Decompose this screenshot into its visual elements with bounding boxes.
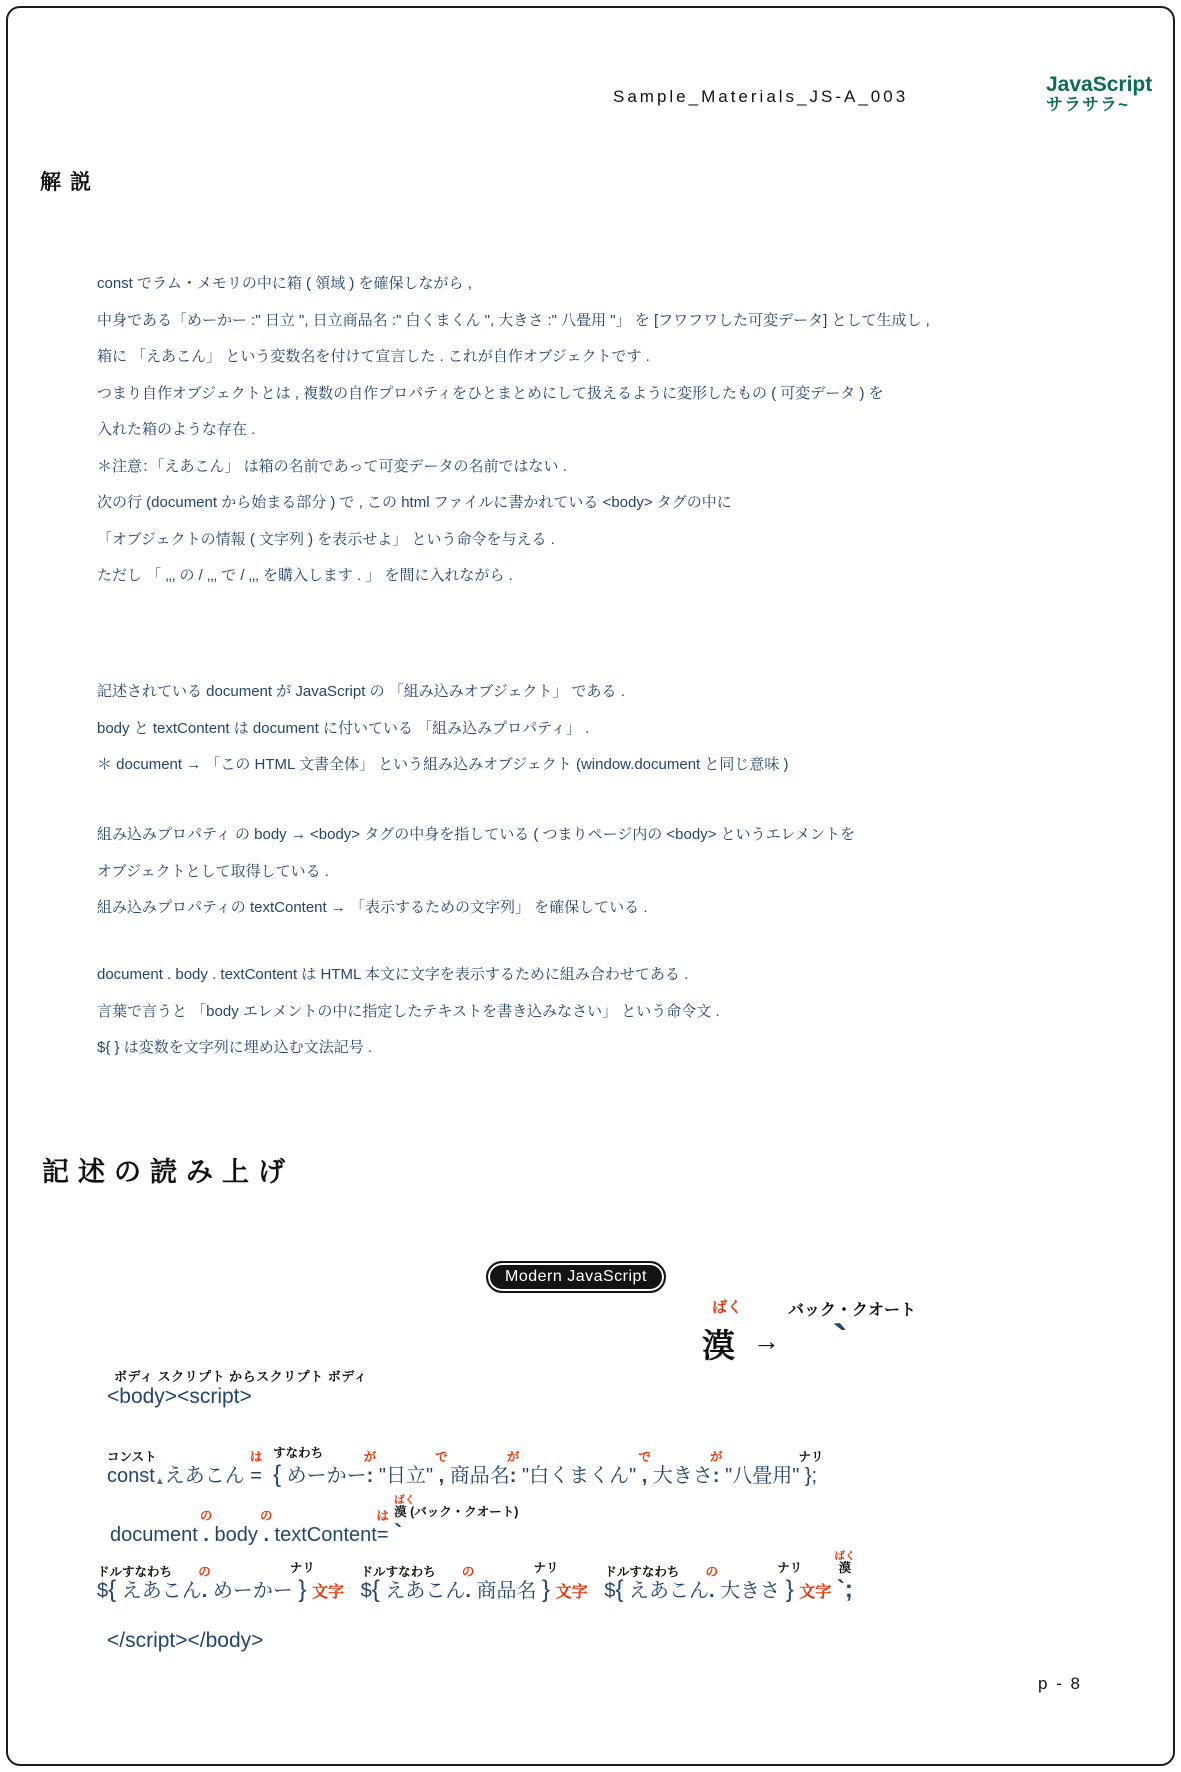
token-annotation: ナリ: [777, 1562, 802, 1575]
paragraph-line: 組み込みプロパティの textContent → 「表示するための文字列」 を確…: [97, 890, 855, 927]
code-token: body: [209, 1524, 263, 1547]
code-token: "日立": [373, 1459, 438, 1488]
code-token: [344, 1580, 361, 1603]
code-token: [262, 1465, 273, 1488]
code-token: めーかー: [281, 1459, 367, 1488]
code-token: ドルすなわち$: [97, 1580, 108, 1603]
code-line-template: ドルすなわち${ えあこんの. めーかー ナリ} 文字 ドルすなわち${ えあこ…: [97, 1549, 853, 1604]
code-token: [588, 1580, 605, 1603]
explanation-paragraph-4: document . body . textContent は HTML 本文に…: [97, 957, 720, 1067]
baku-kanji: 漠: [702, 1320, 735, 1367]
code-token: えあこん: [380, 1574, 466, 1603]
section-title-reading: 記述の読み上げ: [42, 1150, 294, 1189]
explanation-paragraph-1: const でラム・メモリの中に箱 ( 領域 ) を確保しながら , 中身である…: [97, 266, 930, 595]
code-token: ドルすなわち$: [361, 1580, 372, 1603]
code-token: は=: [377, 1524, 389, 1547]
paragraph-line: body と textContent は document に付いている 「組み…: [97, 711, 789, 748]
section-title-explanation: 解説: [40, 166, 100, 196]
code-token: えあこん: [116, 1574, 202, 1603]
code-token: が:: [367, 1465, 374, 1488]
code-token: 文字: [556, 1579, 588, 1603]
page-number: p - 8: [1038, 1674, 1082, 1694]
token-annotation: の: [260, 1510, 273, 1523]
code-token: {: [615, 1576, 623, 1604]
token-annotation: は: [376, 1510, 389, 1523]
code-token: ばく漠 (バック・クオート)`: [394, 1520, 402, 1548]
code-token: が:: [510, 1465, 517, 1488]
code-token: えあこん: [623, 1574, 709, 1603]
token-annotation: ナリ: [290, 1562, 315, 1575]
paragraph-line: 箱に 「えあこん」 という変数名を付けて宣言した . これが自作オブジェクトです…: [97, 339, 930, 376]
code-token: "白くまくん": [516, 1459, 641, 1488]
paragraph-line: オブジェクトとして取得している .: [97, 854, 855, 891]
token-annotation: の: [200, 1510, 213, 1523]
code-reading-note: ボディ スクリプト からスクリプト ボディ: [114, 1366, 367, 1385]
javascript-sarasara-logo: JavaScript サラサラ~: [1046, 74, 1152, 114]
code-token: すなわち{: [273, 1461, 281, 1489]
code-line-document: document の. body の. textContentは= ばく漠 (バ…: [110, 1489, 402, 1548]
token-annotation: ばく漠: [834, 1551, 855, 1575]
paragraph-line: const でラム・メモリの中に箱 ( 領域 ) を確保しながら ,: [97, 266, 930, 303]
paragraph-line: 記述されている document が JavaScript の 「組み込みオブジ…: [97, 674, 789, 711]
code-token: ばく漠`;: [837, 1576, 853, 1604]
code-token: "八畳用": [720, 1459, 805, 1488]
paragraph-line: 入れた箱のような存在 .: [97, 412, 930, 449]
logo-line1: JavaScript: [1046, 74, 1152, 96]
document-page: Sample_Materials_JS-A_003 JavaScript サラサ…: [0, 0, 1181, 1772]
right-arrow-icon: →: [753, 1326, 780, 1357]
paragraph-line: document . body . textContent は HTML 本文に…: [97, 957, 720, 994]
code-token: は=: [250, 1465, 262, 1488]
paragraph-line: ${ } は変数を文字列に埋め込む文法記号 .: [97, 1030, 720, 1067]
baku-furigana: ばく: [712, 1296, 742, 1317]
code-token: 大きさ: [647, 1459, 713, 1488]
document-id: Sample_Materials_JS-A_003: [613, 87, 908, 107]
code-token: document: [110, 1524, 203, 1547]
paragraph-line: 「オブジェクトの情報 ( 文字列 ) を表示せよ」 という命令を与える .: [97, 522, 930, 559]
code-token: ▲: [155, 1465, 165, 1488]
modern-javascript-badge: Modern JavaScript: [486, 1261, 666, 1293]
code-line-const: コンストconst▲えあこん は= すなわち{ めーかーが: "日立" で, 商…: [107, 1434, 817, 1489]
code-token: コンストconst: [107, 1465, 155, 1488]
code-token: えあこん: [165, 1459, 251, 1488]
token-annotation: ばく漠 (バック・クオート): [394, 1495, 518, 1519]
code-token: 文字: [312, 1579, 344, 1603]
paragraph-line: ＊注意：「えあこん」 は箱の名前であって可変データの名前ではない .: [97, 449, 930, 486]
code-close-tags: </script></body>: [107, 1629, 263, 1653]
token-annotation: コンスト: [107, 1451, 157, 1464]
paragraph-line: 組み込みプロパティ の body → <body> タグの中身を指している ( …: [97, 817, 855, 854]
paragraph-line: つまり自作オブジェクトとは , 複数の自作プロパティをひとまとめにして扱えるよう…: [97, 376, 930, 413]
paragraph-line: 中身である「めーかー :" 日立 ", 日立商品名 :" 白くまくん ", 大き…: [97, 303, 930, 340]
paragraph-line: ＊ document → 「この HTML 文書全体」 という組み込みオブジェク…: [97, 747, 789, 784]
code-token: ナリ};: [805, 1465, 817, 1488]
backtick-glyph: `: [833, 1316, 848, 1366]
paragraph-line: 言葉で言うと 「body エレメントの中に指定したテキストを書き込みなさい」 と…: [97, 994, 720, 1031]
code-token: {: [372, 1576, 380, 1604]
token-annotation: ナリ: [534, 1562, 559, 1575]
code-token: が:: [713, 1465, 720, 1488]
code-token: ドルすなわち$: [604, 1580, 615, 1603]
code-token: ナリ}: [298, 1576, 306, 1604]
token-annotation: ナリ: [798, 1451, 823, 1464]
code-token: 商品名: [471, 1574, 542, 1603]
code-token: 文字: [799, 1579, 831, 1603]
code-token: {: [108, 1576, 116, 1604]
code-token: めーかー: [207, 1574, 298, 1603]
explanation-paragraph-2: 記述されている document が JavaScript の 「組み込みオブジ…: [97, 674, 789, 784]
code-token: 商品名: [444, 1459, 510, 1488]
backquote-label: バック・クオート: [788, 1297, 916, 1320]
code-token: ナリ}: [786, 1576, 794, 1604]
paragraph-line: ただし 「 ‚‚‚ の / ‚‚‚ で / ‚‚‚ を購入します . 」 を間に…: [97, 558, 930, 595]
code-token: 大きさ: [715, 1574, 786, 1603]
code-token: ナリ}: [542, 1576, 550, 1604]
logo-line2: サラサラ~: [1046, 96, 1152, 114]
explanation-paragraph-3: 組み込みプロパティ の body → <body> タグの中身を指している ( …: [97, 817, 855, 927]
token-annotation: は: [250, 1451, 263, 1464]
code-token: textContent: [269, 1524, 377, 1547]
code-open-tags: <body><script>: [107, 1385, 252, 1409]
paragraph-line: 次の行 (document から始まる部分 ) で , この html ファイル…: [97, 485, 930, 522]
